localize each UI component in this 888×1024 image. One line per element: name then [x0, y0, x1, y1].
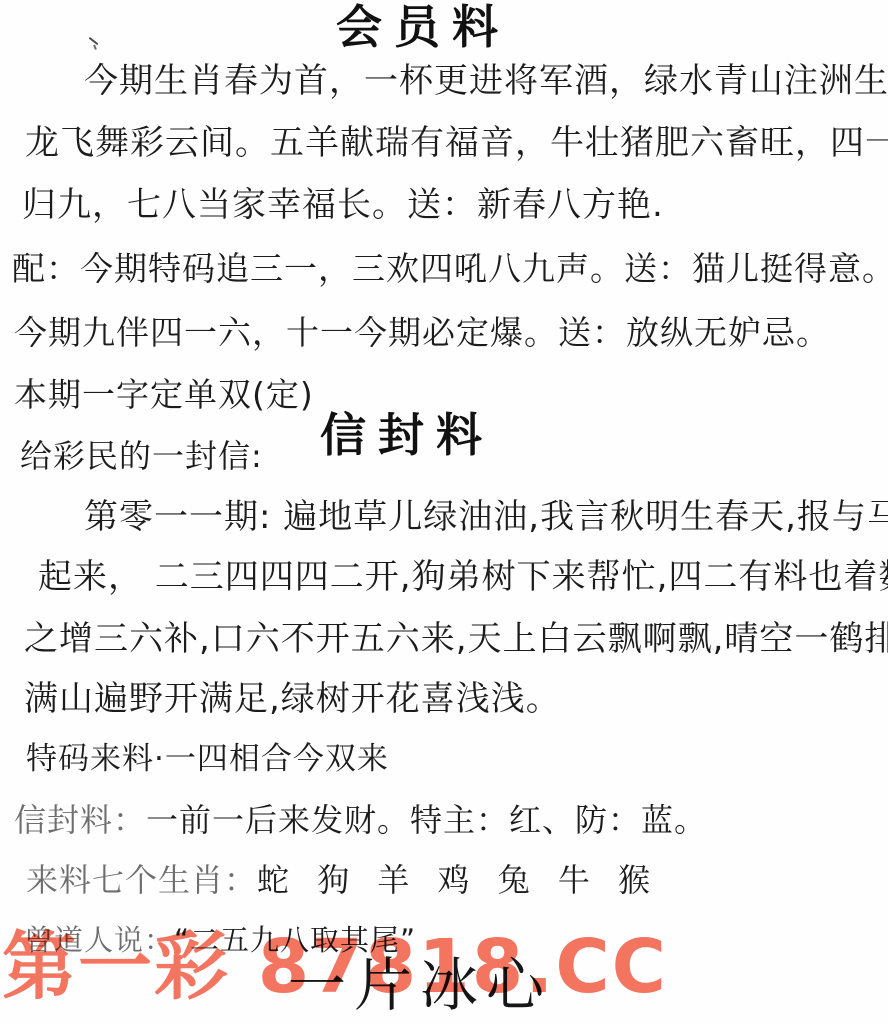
xinfeng-tip-text: 一前一后来发财。特主：红、防：蓝。 [146, 801, 707, 839]
member-poem-line-2: 龙飞舞彩云间。五羊献瑞有福音，牛壮猪肥六畜旺，四一出现画 [25, 126, 888, 160]
member-poem-line-3: 归九，七八当家幸福长。送：新春八方艳. [22, 188, 664, 222]
envelope-poem-line-3: 之增三六补,口六不开五六来,天上白云飘啊飘,晴空一鹤排云上, [24, 622, 888, 656]
site-watermark: 第一彩 87818.CC [2, 930, 668, 1004]
zodiac-tip-text: 蛇 狗 羊 鸡 兔 牛 猴 [257, 861, 651, 899]
member-section-title: 会员料 [336, 4, 510, 50]
envelope-poem-line-2: 起来， 二三四四四二开,狗弟树下来帮忙,四二有料也着数， 透风 [38, 560, 888, 594]
scan-artifact-speck [89, 37, 99, 45]
scanned-document-page: 会员料 今期生肖春为首，一杯更进将军酒，绿水青山注洲生色，金 龙飞舞彩云间。五羊… [0, 0, 888, 1024]
envelope-section-title: 信封料 [320, 412, 494, 458]
letter-intro-line: 给彩民的一封信: [20, 440, 263, 472]
member-nine-line: 今期九伴四一六，十一今期必定爆。送：放纵无妒忌。 [14, 316, 830, 349]
envelope-poem-line-4: 满山遍野开满足,绿树开花喜浅浅。 [24, 682, 561, 716]
member-pei-line: 配：今期特码追三一，三欢四吼八九声。送：猫儿挺得意。 [12, 252, 888, 285]
zodiac-tip-line: 来料七个生肖：蛇 狗 羊 鸡 兔 牛 猴 [26, 864, 651, 896]
xinfeng-tip-line: 信封料：一前一后来发财。特主：红、防：蓝。 [14, 804, 707, 836]
member-danshuang-line: 本期一字定单双(定) [14, 378, 314, 411]
member-poem-line-1: 今期生肖春为首，一杯更进将军酒，绿水青山注洲生色，金 [84, 64, 888, 98]
xinfeng-tip-label: 信封料： [14, 801, 146, 839]
envelope-poem-line-1: 第零一一期: 遍地草儿绿油油,我言秋明生春天,报与马羊一 [84, 500, 888, 534]
zodiac-tip-label: 来料七个生肖： [26, 861, 257, 899]
tema-tip-line: 特码来料·一四相合今双来 [26, 744, 389, 775]
